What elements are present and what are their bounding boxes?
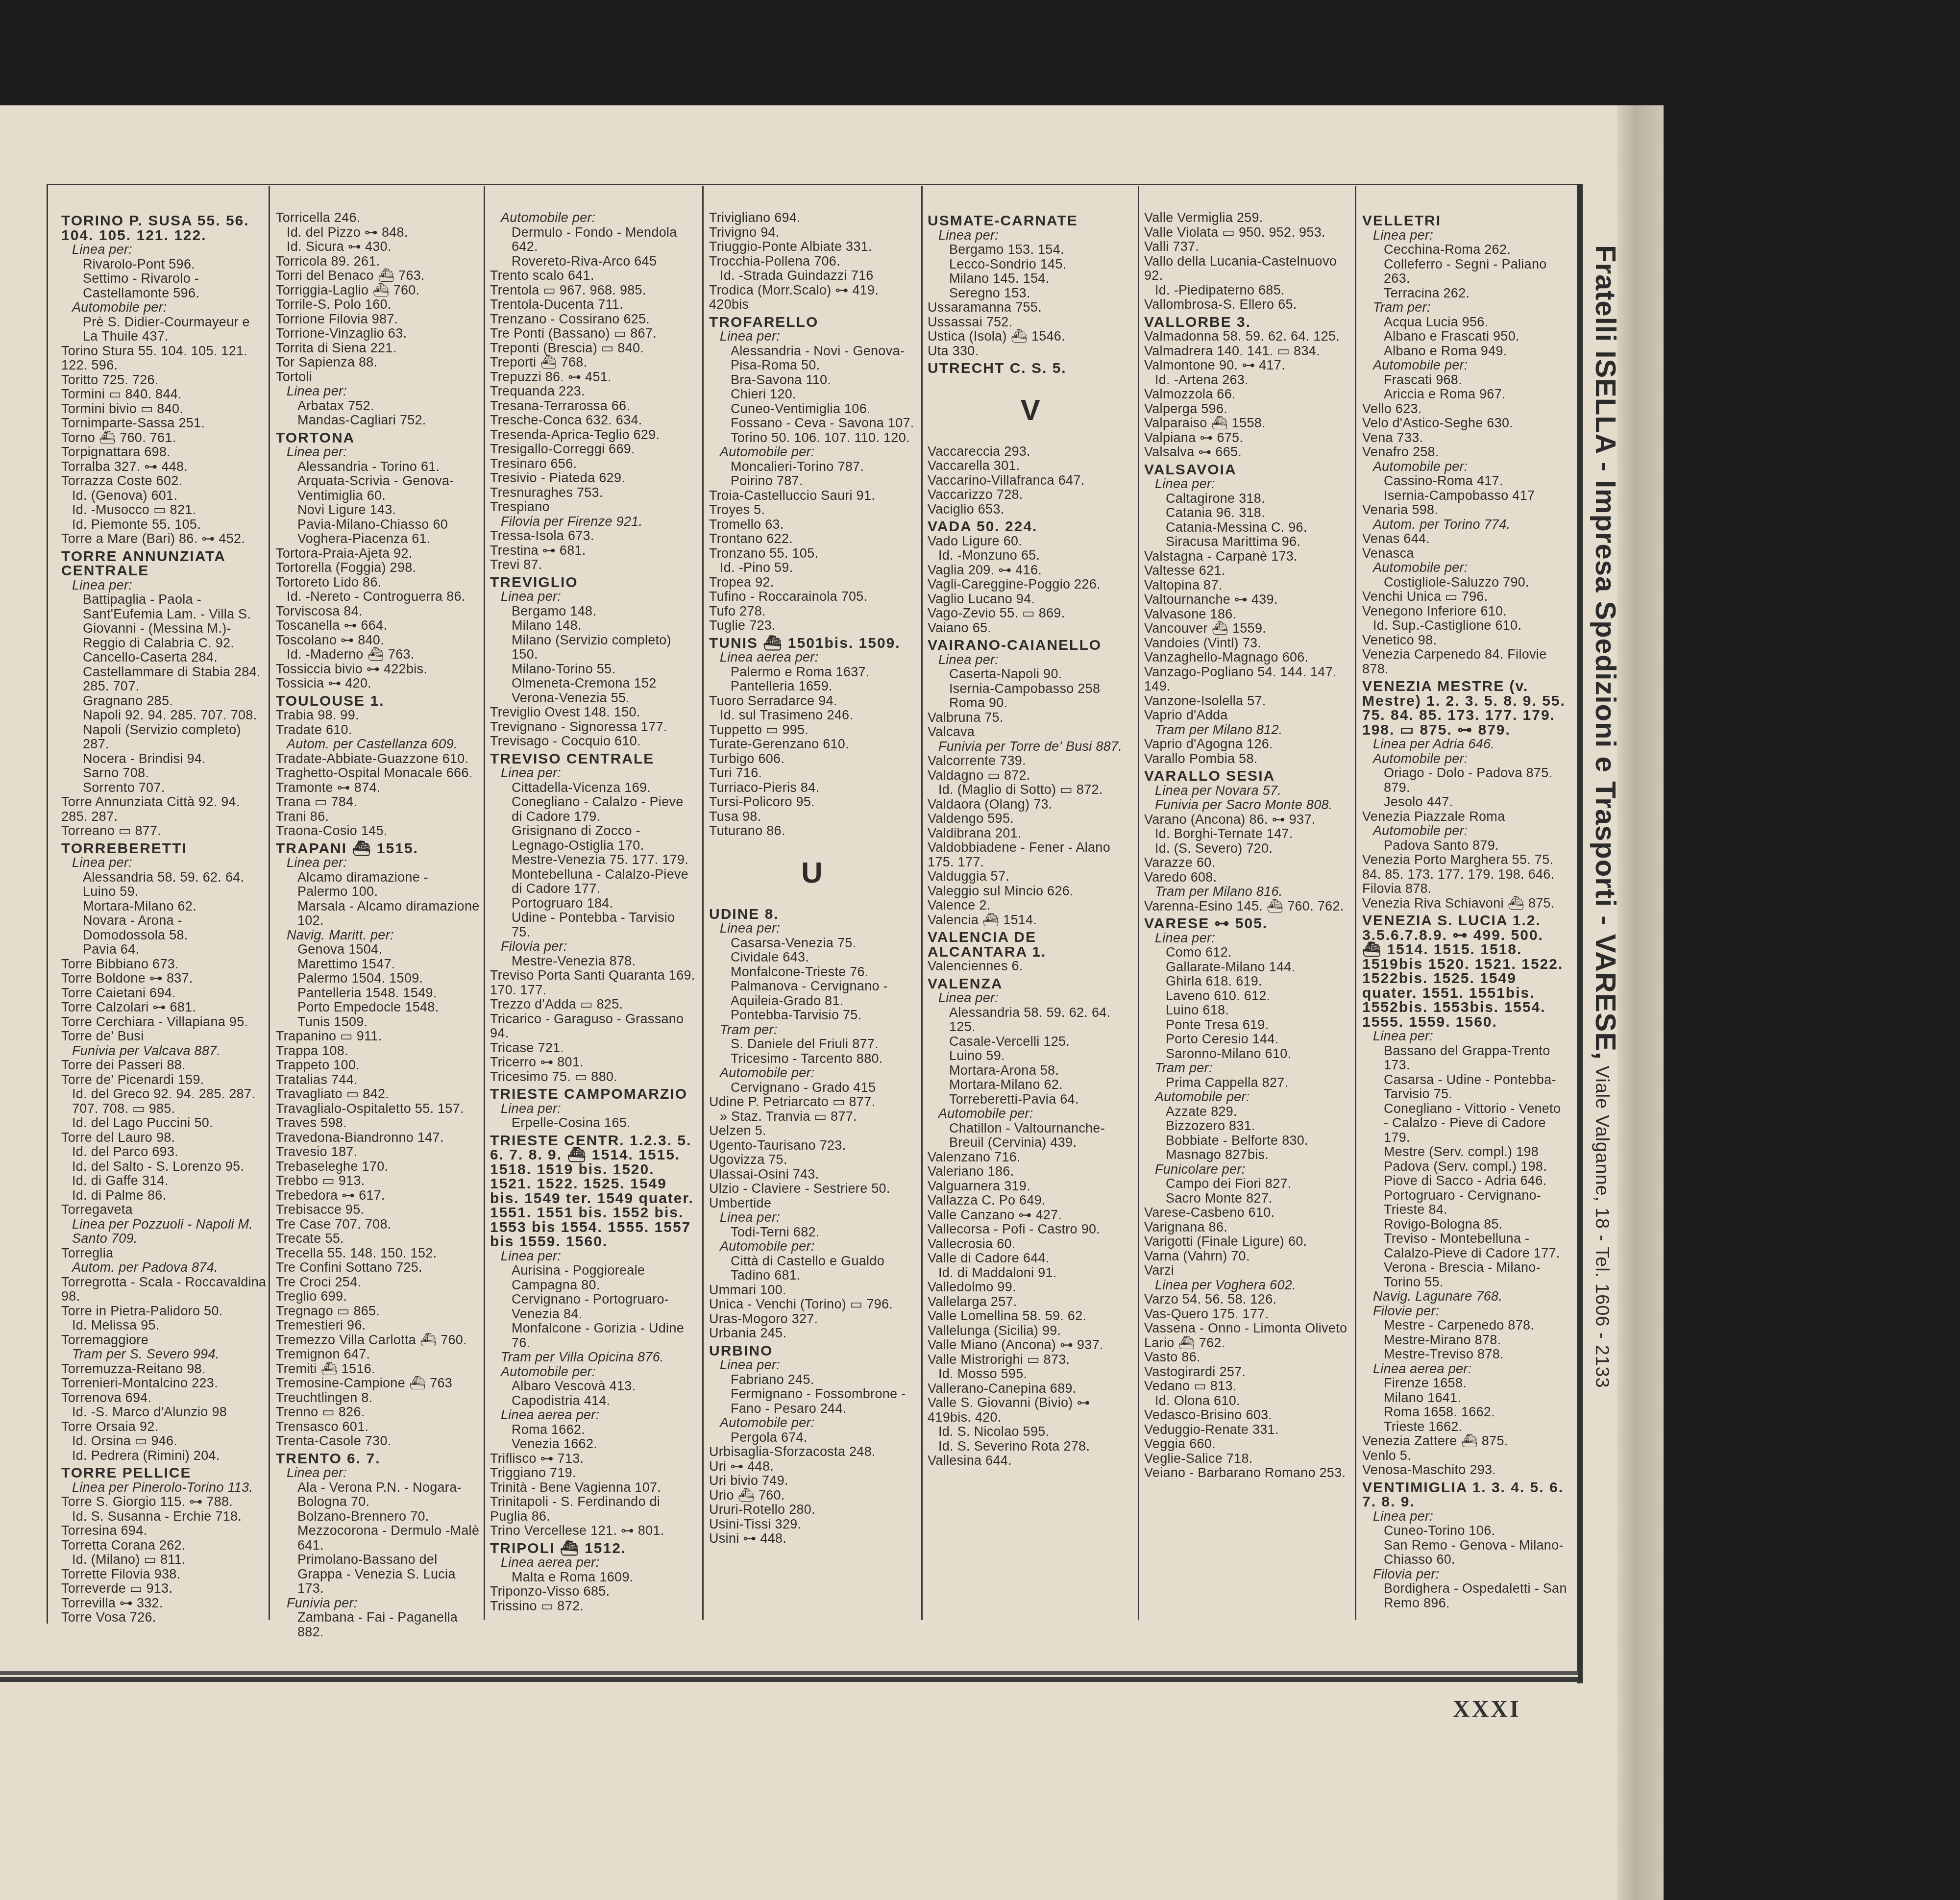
index-entry: Tortoreto Lido 86. (276, 575, 482, 590)
index-entry: Vaciglio 653. (928, 502, 1133, 517)
index-entry: Tuturano 86. (709, 824, 915, 839)
index-heading: VADA 50. 224. (928, 519, 1133, 534)
index-entry: Firenze 1658. (1362, 1376, 1568, 1391)
index-heading: VELLETRI (1362, 214, 1568, 228)
index-heading: TORINO P. SUSA 55. 56. 104. 105. 121. 12… (61, 214, 267, 243)
index-entry: Torre Orsaia 92. (61, 1420, 267, 1434)
index-entry: Tufo 278. (709, 604, 915, 619)
index-heading: VENEZIA MESTRE (v. Mestre) 1. 2. 3. 5. 8… (1362, 679, 1568, 737)
index-entry: Bassano del Grappa-Trento 173. (1362, 1044, 1568, 1073)
index-entry: Tregnago ▭ 865. (276, 1304, 482, 1319)
index-entry: Trestina ⊶ 681. (490, 543, 696, 558)
service-label: Automobile per: (1144, 1090, 1350, 1105)
index-entry: Veglie-Salice 718. (1144, 1452, 1350, 1466)
index-entry: Torrette Filovia 938. (61, 1567, 267, 1582)
index-entry: Trecate 55. (276, 1232, 482, 1246)
index-heading: TROFARELLO (709, 315, 915, 330)
index-entry: Torrenieri-Montalcino 223. (61, 1376, 267, 1391)
index-entry: Valledolmo 99. (928, 1280, 1133, 1295)
index-entry: Torre a Mare (Bari) 86. ⊶ 452. (61, 532, 267, 546)
service-label: Linea per: (928, 653, 1133, 667)
index-entry: Gallarate-Milano 144. (1144, 960, 1350, 975)
index-entry: Treponti (Brescia) ▭ 840. (490, 341, 696, 356)
index-entry: Valguarnera 319. (928, 1179, 1133, 1194)
service-label: Automobile per: (709, 1239, 915, 1254)
index-heading: UTRECHT C. S. 5. (928, 361, 1133, 376)
index-entry: Tuglie 723. (709, 618, 915, 633)
index-entry: Valle Canzano ⊶ 427. (928, 1208, 1133, 1223)
index-entry: Tresinaro 656. (490, 457, 696, 471)
index-entry: Velo d'Astico-Seghe 630. (1362, 416, 1568, 431)
index-entry: Id. -Pino 59. (709, 561, 915, 575)
index-entry: Vaccarella 301. (928, 459, 1133, 473)
index-entry: Veiano - Barbarano Romano 253. (1144, 1466, 1350, 1481)
index-entry: Todi-Terni 682. (709, 1225, 915, 1240)
index-entry: Sacro Monte 827. (1144, 1191, 1350, 1206)
index-entry: Mestre - Carpenedo 878. (1362, 1318, 1568, 1333)
index-entry: Torre Bibbiano 673. (61, 957, 267, 972)
index-entry: Tressa-Isola 673. (490, 529, 696, 543)
index-entry: Saronno-Milano 610. (1144, 1047, 1350, 1061)
service-label: Linea per: (709, 329, 915, 344)
index-entry: Milano-Torino 55. (490, 662, 696, 677)
index-entry: Tormini bivio ▭ 840. (61, 402, 267, 417)
index-entry: Id. Pedrera (Rimini) 204. (61, 1449, 267, 1463)
index-entry: Tursi-Policoro 95. (709, 795, 915, 810)
index-entry: Torregaveta (61, 1203, 267, 1217)
service-label: Automobile per: (709, 1066, 915, 1081)
index-heading: VENEZIA S. LUCIA 1.2. 3.5.6.7.8.9. ⊶ 499… (1362, 913, 1568, 1029)
index-entry: Trapanino ▭ 911. (276, 1029, 482, 1044)
index-entry: Vanzone-Isolella 57. (1144, 694, 1350, 709)
service-label: Autom. per Castellanza 609. (276, 737, 482, 752)
service-label: Linea aerea per: (490, 1408, 696, 1423)
index-entry: Turate-Gerenzano 610. (709, 737, 915, 752)
index-entry: Vanzaghello-Magnago 606. (1144, 650, 1350, 665)
index-entry: Valle Miano (Ancona) ⊶ 937. (928, 1338, 1133, 1353)
index-entry: Varzi (1144, 1263, 1350, 1278)
index-entry: Id. Melissa 95. (61, 1318, 267, 1333)
index-entry: Montebelluna - Calalzo-Pieve di Cadore 1… (490, 867, 696, 896)
index-entry: Caserta-Napoli 90. (928, 667, 1133, 682)
service-label: Linea per: (1144, 931, 1350, 946)
index-entry: » Staz. Tranvia ▭ 877. (709, 1110, 915, 1124)
index-entry: Vaglia 209. ⊶ 416. (928, 563, 1133, 578)
index-heading: TUNIS ⛴ 1501bis. 1509. (709, 636, 915, 651)
index-entry: Troyes 5. (709, 503, 915, 518)
index-entry: Tuoro Serradarce 94. (709, 694, 915, 709)
index-column-4: Trivigliano 694.Trivigno 94.Triuggio-Pon… (709, 211, 915, 1546)
index-entry: Urbania 245. (709, 1326, 915, 1341)
index-entry: Rovereto-Riva-Arco 645 (490, 254, 696, 269)
index-entry: Trepuzzi 86. ⊶ 451. (490, 370, 696, 385)
index-entry: Isernia-Campobasso 258 (928, 682, 1133, 696)
index-entry: Ururi-Rotello 280. (709, 1503, 915, 1517)
index-entry: Marettimo 1547. (276, 957, 482, 972)
index-entry: Fermignano - Fossombrone - Fano - Pesaro… (709, 1387, 915, 1416)
index-entry: Torre dei Passeri 88. (61, 1058, 267, 1073)
index-entry: Palmanova - Cervignano -Aquileia-Grado 8… (709, 979, 915, 1008)
index-entry: Torre Boldone ⊶ 837. (61, 971, 267, 986)
service-label: Linea per: (928, 228, 1133, 243)
index-entry: Vallesina 644. (928, 1454, 1133, 1468)
index-entry: Valduggia 57. (928, 869, 1133, 884)
index-entry: Turi 716. (709, 766, 915, 781)
index-entry: Fabriano 245. (709, 1373, 915, 1387)
index-entry: Ulzio - Claviere - Sestriere 50. (709, 1182, 915, 1196)
service-label: Linea per Pinerolo-Torino 113. (61, 1481, 267, 1495)
index-entry: Tramonte ⊶ 874. (276, 781, 482, 795)
index-entry: Mestre-Venezia 878. (490, 954, 696, 969)
index-entry: Trecella 55. 148. 150. 152. (276, 1246, 482, 1261)
index-entry: Casale-Vercelli 125. (928, 1035, 1133, 1049)
side-advertisement-banner: Fratelli ISELLA - Impresa Spedizioni e T… (1583, 245, 1622, 1617)
index-entry: Urio ⛴ 760. (709, 1488, 915, 1503)
index-entry: Traves 598. (276, 1116, 482, 1131)
index-entry: Erpelle-Cosina 165. (490, 1116, 696, 1131)
page-number: XXXI (1453, 1696, 1521, 1723)
index-entry: Portogruaro 184. (490, 896, 696, 911)
service-label: Navig. Lagunare 768. (1362, 1289, 1568, 1304)
index-entry: Caltagirone 318. (1144, 492, 1350, 506)
index-entry: Uri ⊶ 448. (709, 1459, 915, 1474)
index-entry: Trenta-Casole 730. (276, 1434, 482, 1449)
service-label: Linea per: (490, 1102, 696, 1116)
index-entry: Trivigno 94. (709, 225, 915, 240)
index-entry: Valle Lomellina 58. 59. 62. (928, 1309, 1133, 1324)
index-entry: Torre de' Busi (61, 1029, 267, 1044)
page-edge (1617, 105, 1664, 1900)
service-label: Linea per: (61, 578, 267, 593)
index-entry: Torralba 327. ⊶ 448. (61, 460, 267, 474)
index-entry: Id. -Artena 263. (1144, 373, 1350, 388)
index-heading: VALENCIA DE ALCANTARA 1. (928, 930, 1133, 959)
index-entry: Battipaglia - Paola - Sant'Eufemia Lam. … (61, 592, 267, 650)
index-entry: Valdagno ▭ 872. (928, 768, 1133, 783)
service-label: Tram per Milano 816. (1144, 885, 1350, 899)
index-entry: Genova 1504. (276, 942, 482, 957)
index-entry: Milano 145. 154. (928, 271, 1133, 286)
index-entry: Vedano ▭ 813. (1144, 1379, 1350, 1394)
index-heading: VARESE ⊶ 505. (1144, 916, 1350, 931)
index-entry: Vasto 86. (1144, 1350, 1350, 1365)
index-entry: Torreberetti-Pavia 64. (928, 1092, 1133, 1107)
index-entry: Ponte Tresa 619. (1144, 1018, 1350, 1033)
index-heading: TRENTO 6. 7. (276, 1452, 482, 1466)
index-heading: TRAPANI ⛴ 1515. (276, 841, 482, 856)
service-label: Automobile per: (1362, 824, 1568, 839)
service-label: Linea per: (61, 243, 267, 257)
service-label: Automobile per: (1362, 358, 1568, 373)
index-entry: Triflisco ⊶ 713. (490, 1452, 696, 1466)
index-entry: Id. (S. Severo) 720. (1144, 841, 1350, 856)
index-entry: Cuneo-Torino 106. (1362, 1524, 1568, 1538)
index-entry: Id. del Pizzo ⊶ 848. (276, 225, 482, 240)
index-entry: Id. S. Susanna - Erchie 718. (61, 1509, 267, 1524)
index-entry: Trenno ▭ 826. (276, 1405, 482, 1420)
index-entry: Vedasco-Brisino 603. (1144, 1408, 1350, 1423)
service-label: Filovia per: (490, 939, 696, 954)
service-label: Tram per Milano 812. (1144, 723, 1350, 738)
index-entry: Varedo 608. (1144, 870, 1350, 885)
index-entry: Udine - Pontebba - Tarvisio 75. (490, 911, 696, 939)
service-label: Automobile per: (1362, 460, 1568, 474)
index-entry: Ussaramanna 755. (928, 300, 1133, 315)
index-entry: Trevignano - Signoressa 177. (490, 720, 696, 735)
index-entry: Id. (Maglio di Sotto) ▭ 872. (928, 783, 1133, 797)
index-entry: Trocchia-Pollena 706. (709, 254, 915, 269)
index-entry: Tresivio - Piateda 629. (490, 471, 696, 486)
service-label: Linea aerea per: (490, 1555, 696, 1570)
index-entry: Napoli (Servizio completo) 287. (61, 723, 267, 752)
service-label: Filovia per: (1362, 1567, 1568, 1582)
index-entry: Chatillon - Valtournanche-Breuil (Cervin… (928, 1121, 1133, 1150)
index-entry: Pantelleria 1659. (709, 679, 915, 694)
index-entry: Campo dei Fiori 827. (1144, 1177, 1350, 1191)
index-entry: Novi Ligure 143. (276, 503, 482, 518)
index-heading: TORRE ANNUNZIATA CENTRALE (61, 549, 267, 578)
index-entry: Trinitapoli - S. Ferdinando di Puglia 86… (490, 1495, 696, 1524)
index-heading: TRIESTE CAMPOMARZIO (490, 1087, 696, 1102)
index-entry: Catania 96. 318. (1144, 506, 1350, 520)
index-entry: Cervignano - Grado 415 (709, 1081, 915, 1095)
index-column-3: Automobile per:Dermulo - Fondo - Mendola… (490, 211, 696, 1613)
index-entry: Bergamo 148. (490, 604, 696, 619)
index-entry: Albano e Frascati 950. (1362, 329, 1568, 344)
index-entry: Vagli-Careggine-Poggio 226. (928, 577, 1133, 592)
index-entry: Umbertide (709, 1196, 915, 1211)
index-entry: Trontano 622. (709, 532, 915, 546)
index-entry: Sarno 708. (61, 766, 267, 781)
right-border-rule (1577, 184, 1583, 1683)
index-heading: TORREBERETTI (61, 841, 267, 856)
index-entry: Azzate 829. (1144, 1105, 1350, 1119)
index-entry: Torrione-Vinzaglio 63. (276, 326, 482, 341)
service-label: Filovie per: (1362, 1304, 1568, 1319)
index-entry: Valtesse 621. (1144, 564, 1350, 578)
company-name: Fratelli ISELLA (1590, 245, 1621, 453)
index-entry: Tunis 1509. (276, 1015, 482, 1030)
index-entry: Varignana 86. (1144, 1220, 1350, 1235)
index-entry: Veggia 660. (1144, 1437, 1350, 1452)
index-entry: Frascati 968. (1362, 373, 1568, 388)
index-entry: Castellammare di Stabia 284. 285. 707. (61, 665, 267, 694)
index-entry: Venezia Riva Schiavoni ⛴ 875. (1362, 896, 1568, 911)
service-label: Automobile per: (490, 1365, 696, 1380)
index-entry: Milano (Servizio completo) 150. (490, 633, 696, 662)
index-entry: Tremignon 647. (276, 1347, 482, 1362)
index-entry: Trivigliano 694. (709, 211, 915, 225)
index-entry: Torpignattara 698. (61, 445, 267, 460)
index-entry: Valtournanche ⊶ 439. (1144, 592, 1350, 607)
index-entry: Usini-Tissi 329. (709, 1517, 915, 1532)
service-label: Tram per Villa Opicina 876. (490, 1350, 696, 1365)
index-entry: Cancello-Caserta 284. (61, 650, 267, 665)
index-entry: Tre Ponti (Bassano) ▭ 867. (490, 326, 696, 341)
index-entry: Torrazza Coste 602. (61, 474, 267, 489)
index-entry: Id. -Nereto - Controguerra 86. (276, 590, 482, 604)
index-entry: Valenciennes 6. (928, 959, 1133, 974)
index-entry: Traona-Cosio 145. (276, 824, 482, 839)
index-heading: USMATE-CARNATE (928, 214, 1133, 228)
index-entry: Valstagna - Carpanè 173. (1144, 549, 1350, 564)
index-entry: Masnago 827bis. (1144, 1148, 1350, 1162)
index-entry: Vas-Quero 175. 177. (1144, 1307, 1350, 1322)
index-entry: Torricella 246. (276, 211, 482, 225)
service-label: Autom. per Padova 874. (61, 1260, 267, 1275)
index-entry: Padova Santo 879. (1362, 839, 1568, 853)
index-entry: Terracina 262. (1362, 286, 1568, 301)
index-entry: Varzo 54. 56. 58. 126. (1144, 1292, 1350, 1307)
index-heading: TOULOUSE 1. (276, 694, 482, 709)
index-entry: Valle Mistrorighi ▭ 873. (928, 1353, 1133, 1367)
index-entry: Venezia Carpenedo 84. Filovie 878. (1362, 647, 1568, 676)
index-entry: Torre Vosa 726. (61, 1610, 267, 1625)
index-entry: Novara - Arona - Domodossola 58. (61, 913, 267, 942)
index-entry: Trequanda 223. (490, 384, 696, 399)
index-entry: Id. (Genova) 601. (61, 489, 267, 503)
index-entry: Trento scalo 641. (490, 269, 696, 283)
index-entry: Travagliato ▭ 842. (276, 1087, 482, 1102)
company-description: - Impresa Spedizioni e Trasporti - VARES… (1590, 453, 1621, 1060)
index-entry: Ghirla 618. 619. (1144, 974, 1350, 989)
index-entry: Cervignano - Portogruaro-Venezia 84. (490, 1292, 696, 1321)
index-entry: Id. Piemonte 55. 105. (61, 518, 267, 532)
index-entry: Tornimparte-Sassa 251. (61, 416, 267, 431)
index-entry: Tremiti ⛴ 1516. (276, 1362, 482, 1377)
index-entry: Dermulo - Fondo - Mendola 642. (490, 225, 696, 254)
index-entry: Palermo e Roma 1637. (709, 665, 915, 680)
index-entry: Cuneo-Ventimiglia 106. (709, 402, 915, 417)
index-entry: Cassino-Roma 417. (1362, 474, 1568, 489)
service-label: Tram per: (1362, 300, 1568, 315)
index-entry: Tresigallo-Correggi 669. (490, 442, 696, 457)
index-entry: Città di Castello e Gualdo Tadino 681. (709, 1254, 915, 1283)
index-entry: Portogruaro - Cervignano-Trieste 84. (1362, 1188, 1568, 1217)
index-entry: Usini ⊶ 448. (709, 1531, 915, 1546)
index-entry: Bizzozero 831. (1144, 1119, 1350, 1134)
index-entry: Venchi Unica ▭ 796. (1362, 590, 1568, 604)
service-label: Automobile per: (709, 1416, 915, 1431)
index-entry: Trensasco 601. (276, 1420, 482, 1434)
index-entry: Trabia 98. 99. (276, 708, 482, 723)
index-entry: Pontebba-Tarvisio 75. (709, 1008, 915, 1023)
index-entry: Vanzago-Pogliano 54. 144. 147. 149. (1144, 665, 1350, 694)
index-entry: Treporti ⛴ 768. (490, 355, 696, 370)
index-entry: Turriaco-Pieris 84. (709, 781, 915, 795)
service-label: Linea per: (276, 856, 482, 870)
service-label: Tram per S. Severo 994. (61, 1347, 267, 1362)
index-entry: Valle di Cadore 644. (928, 1251, 1133, 1266)
index-entry: Uras-Mogoro 327. (709, 1312, 915, 1327)
index-entry: Napoli 92. 94. 285. 707. 708. (61, 708, 267, 723)
index-entry: Vaglio Lucano 94. (928, 592, 1133, 607)
index-entry: Torreano ▭ 877. (61, 824, 267, 839)
index-heading: TREVIGLIO (490, 575, 696, 590)
index-entry: S. Daniele del Friuli 877. (709, 1037, 915, 1052)
index-entry: Valle S. Giovanni (Bivio) ⊶ 419bis. 420. (928, 1396, 1133, 1425)
index-entry: Urbisaglia-Sforzacosta 248. (709, 1445, 915, 1459)
service-label: Linea per: (490, 590, 696, 604)
index-entry: Tortora-Praia-Ajeta 92. (276, 546, 482, 561)
index-entry: Alessandria - Novi - Genova-Pisa-Roma 50… (709, 344, 915, 373)
service-label: Linea aerea per: (1362, 1362, 1568, 1377)
index-entry: Milano 148. (490, 618, 696, 633)
index-entry: Mandas-Cagliari 752. (276, 413, 482, 428)
index-entry: Vastogirardi 257. (1144, 1365, 1350, 1380)
index-entry: Arbatax 752. (276, 399, 482, 414)
index-entry: Valvasone 186. (1144, 607, 1350, 622)
index-entry: Trentola-Ducenta 711. (490, 297, 696, 312)
index-entry: Triggiano 719. (490, 1466, 696, 1481)
index-entry: Travedona-Biandronno 147. (276, 1131, 482, 1145)
service-label: Linea per: (709, 921, 915, 936)
index-entry: Trebisacce 95. (276, 1203, 482, 1217)
index-entry: Vallo della Lucania-Castelnuovo 92. (1144, 254, 1350, 283)
index-entry: Id. del Lago Puccini 50. (61, 1116, 267, 1131)
index-entry: Tresche-Conca 632. 634. (490, 413, 696, 428)
service-label: Linea per: (276, 1466, 482, 1481)
index-entry: Porto Ceresio 144. (1144, 1032, 1350, 1047)
index-entry: Treuchtlingen 8. (276, 1391, 482, 1406)
index-entry: Luino 59. (928, 1049, 1133, 1063)
index-entry: Marsala - Alcamo diramazione 102. (276, 899, 482, 928)
service-label: Navig. Maritt. per: (276, 928, 482, 943)
index-entry: Valence 2. (928, 898, 1133, 913)
index-entry: Valenzano 716. (928, 1150, 1133, 1165)
index-entry: Toritto 725. 726. (61, 373, 267, 388)
index-entry: Tricesimo - Tarcento 880. (709, 1052, 915, 1066)
index-entry: Vallecrosia 60. (928, 1237, 1133, 1252)
index-entry: Tre Case 707. 708. (276, 1217, 482, 1232)
index-entry: Id. di Palme 86. (61, 1188, 267, 1203)
index-entry: Tradate 610. (276, 723, 482, 738)
service-label: Linea per: (61, 856, 267, 870)
service-label: Linea per: (709, 1210, 915, 1225)
index-entry: Valeriano 186. (928, 1164, 1133, 1179)
index-entry: Valmontone 90. ⊶ 417. (1144, 358, 1350, 373)
index-entry: Catania-Messina C. 96. (1144, 520, 1350, 535)
service-label: Linea per Pozzuoli - Napoli M. Santo 709… (61, 1217, 267, 1246)
index-entry: Uta 330. (928, 344, 1133, 359)
index-entry: Vallecorsa - Pofi - Castro 90. (928, 1222, 1133, 1237)
service-label: Linea per: (709, 1358, 915, 1373)
index-entry: Trani 86. (276, 810, 482, 824)
index-entry: Malta e Roma 1609. (490, 1570, 696, 1585)
index-entry: Venezia Piazzale Roma (1362, 810, 1568, 824)
service-label: Tram per: (1144, 1061, 1350, 1076)
index-entry: Valmadonna 58. 59. 62. 64. 125. (1144, 329, 1350, 344)
index-heading: VAIRANO-CAIANELLO (928, 638, 1133, 653)
index-entry: Laveno 610. 612. (1144, 989, 1350, 1004)
index-entry: Travesio 187. (276, 1145, 482, 1160)
index-entry: Tortorella (Foggia) 298. (276, 561, 482, 575)
index-entry: Costigliole-Saluzzo 790. (1362, 575, 1568, 590)
index-entry: Tricerro ⊶ 801. (490, 1055, 696, 1070)
index-entry: Mestre (Serv. compl.) 198 (1362, 1145, 1568, 1160)
index-heading: VALENZA (928, 977, 1133, 991)
index-entry: Vello 623. (1362, 402, 1568, 417)
index-entry: Venas 644. (1362, 532, 1568, 546)
index-entry: Albano e Roma 949. (1362, 344, 1568, 359)
index-entry: Chieri 120. (709, 387, 915, 402)
index-entry: Luino 59. (61, 885, 267, 899)
index-entry: Trinità - Bene Vagienna 107. (490, 1481, 696, 1495)
service-label: Funivia per: (276, 1596, 482, 1611)
index-entry: Vado Ligure 60. (928, 534, 1133, 549)
index-entry: Casarsa - Udine - Pontebba-Tarvisio 75. (1362, 1073, 1568, 1102)
index-entry: Bordighera - Ospedaletti - San Remo 896. (1362, 1581, 1568, 1610)
